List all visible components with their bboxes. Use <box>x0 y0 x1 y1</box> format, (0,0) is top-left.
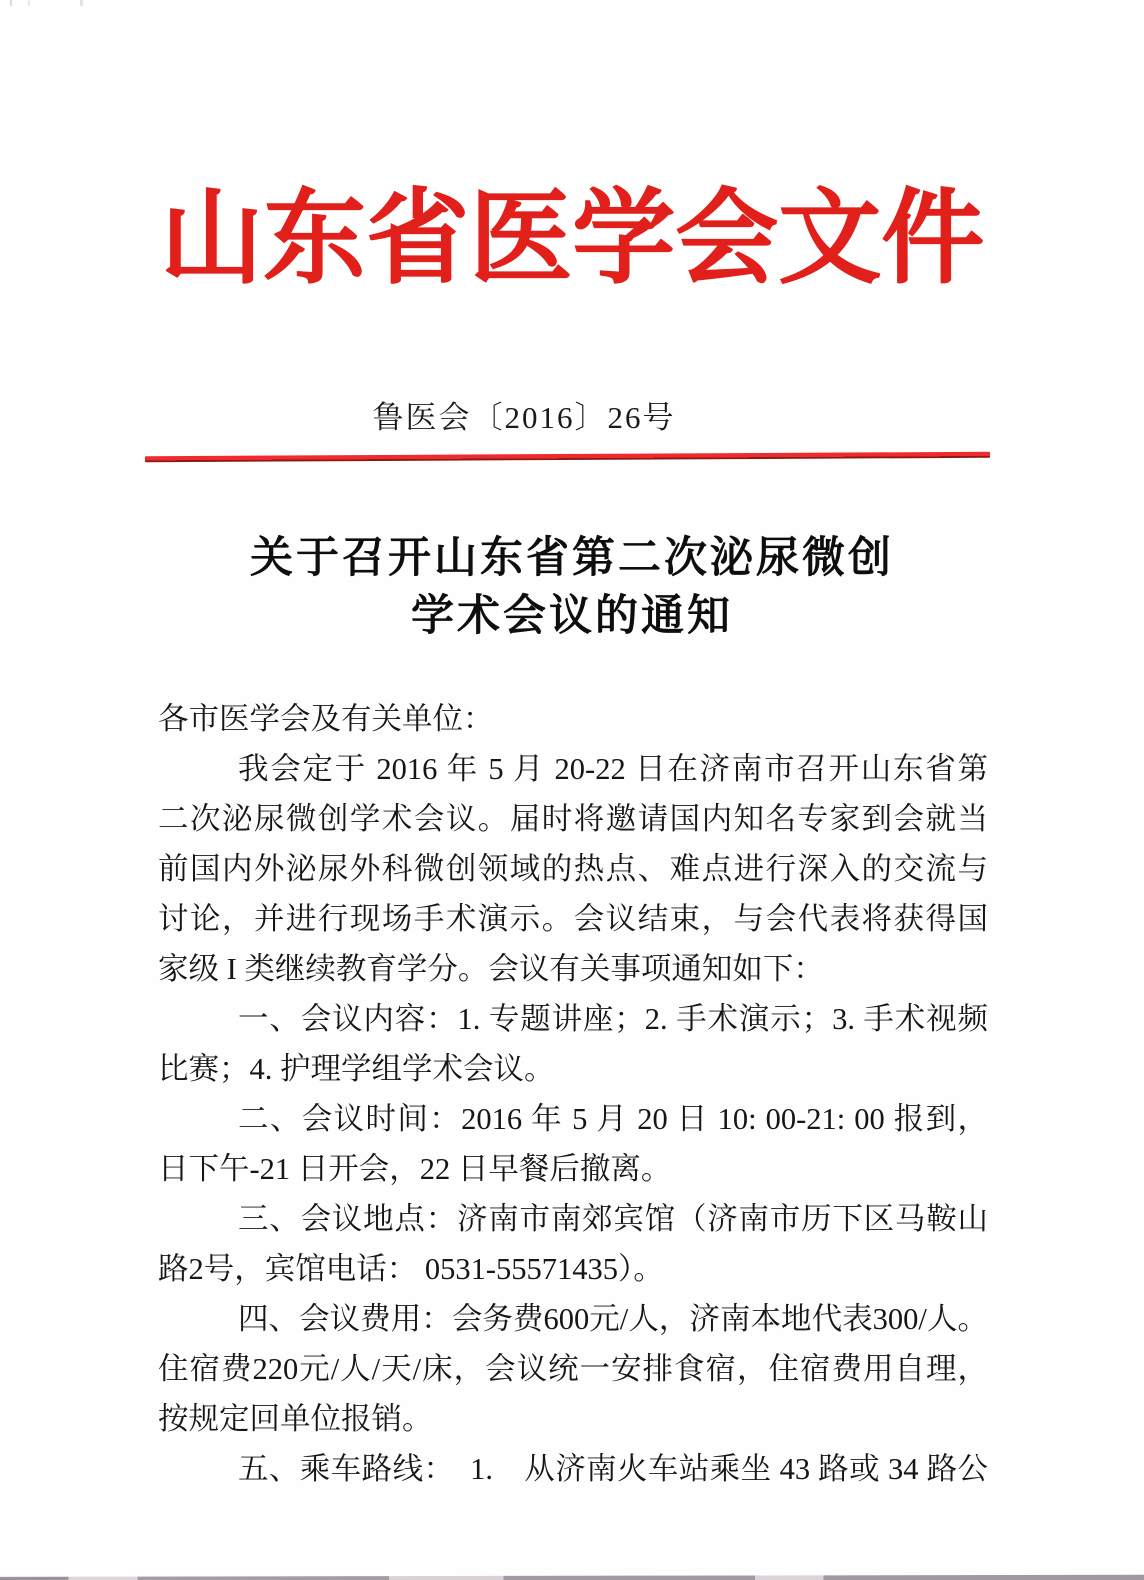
body-line: 前国内外泌尿外科微创领域的热点、难点进行深入的交流与 <box>158 844 988 894</box>
body-line: 二次泌尿微创学术会议。届时将邀请国内知名专家到会就当 <box>158 794 988 844</box>
document-title-line1: 关于召开山东省第二次泌尿微创 <box>0 530 1144 588</box>
body-line-item-2: 二、会议时间：2016 年 5 月 20 日 10: 00-21: 00 报到，… <box>158 1094 988 1144</box>
scan-artifact-bottom-edge <box>0 1573 1144 1580</box>
body-line-item-4: 四、会议费用：会务费600元/人，济南本地代表300/人。 <box>158 1294 988 1344</box>
body-line: 住宿费220元/人/天/床，会议统一安排食宿，住宿费用自理， <box>158 1344 988 1394</box>
scan-artifact-top <box>10 0 290 6</box>
body-line: 讨论，并进行现场手术演示。会议结束，与会代表将获得国 <box>158 894 988 944</box>
body-line-item-5: 五、乘车路线： 1. 从济南火车站乘坐 43 路或 34 路公 <box>158 1444 988 1494</box>
body-line: 日下午-21 日开会，22 日早餐后撤离。 <box>158 1144 988 1194</box>
body-line: 家级 I 类继续教育学分。会议有关事项通知如下： <box>158 944 988 994</box>
body-line-item-1: 一、会议内容：1. 专题讲座；2. 手术演示；3. 手术视频 <box>158 994 988 1044</box>
document-number: 鲁医会〔2016〕26号 <box>0 397 1096 439</box>
red-divider-line <box>145 452 990 462</box>
body-line-item-3: 三、会议地点：济南市南郊宾馆（济南市历下区马鞍山 <box>158 1194 988 1244</box>
body-line: 我会定于 2016 年 5 月 20-22 日在济南市召开山东省第 <box>158 744 988 794</box>
document-title-line2: 学术会议的通知 <box>0 588 1144 646</box>
body-line-salutation: 各市医学会及有关单位： <box>158 694 988 744</box>
document-header-org-title: 山东省医学会文件 <box>40 182 1104 297</box>
document-title: 关于召开山东省第二次泌尿微创 学术会议的通知 <box>0 530 1144 646</box>
body-line: 按规定回单位报销。 <box>158 1394 988 1444</box>
body-line: 比赛；4. 护理学组学术会议。 <box>158 1044 988 1094</box>
scanned-document-page: 山东省医学会文件 鲁医会〔2016〕26号 关于召开山东省第二次泌尿微创 学术会… <box>0 0 1144 1580</box>
document-body: 各市医学会及有关单位： 我会定于 2016 年 5 月 20-22 日在济南市召… <box>158 694 988 1494</box>
body-line: 路2号，宾馆电话： 0531-55571435）。 <box>158 1244 988 1294</box>
